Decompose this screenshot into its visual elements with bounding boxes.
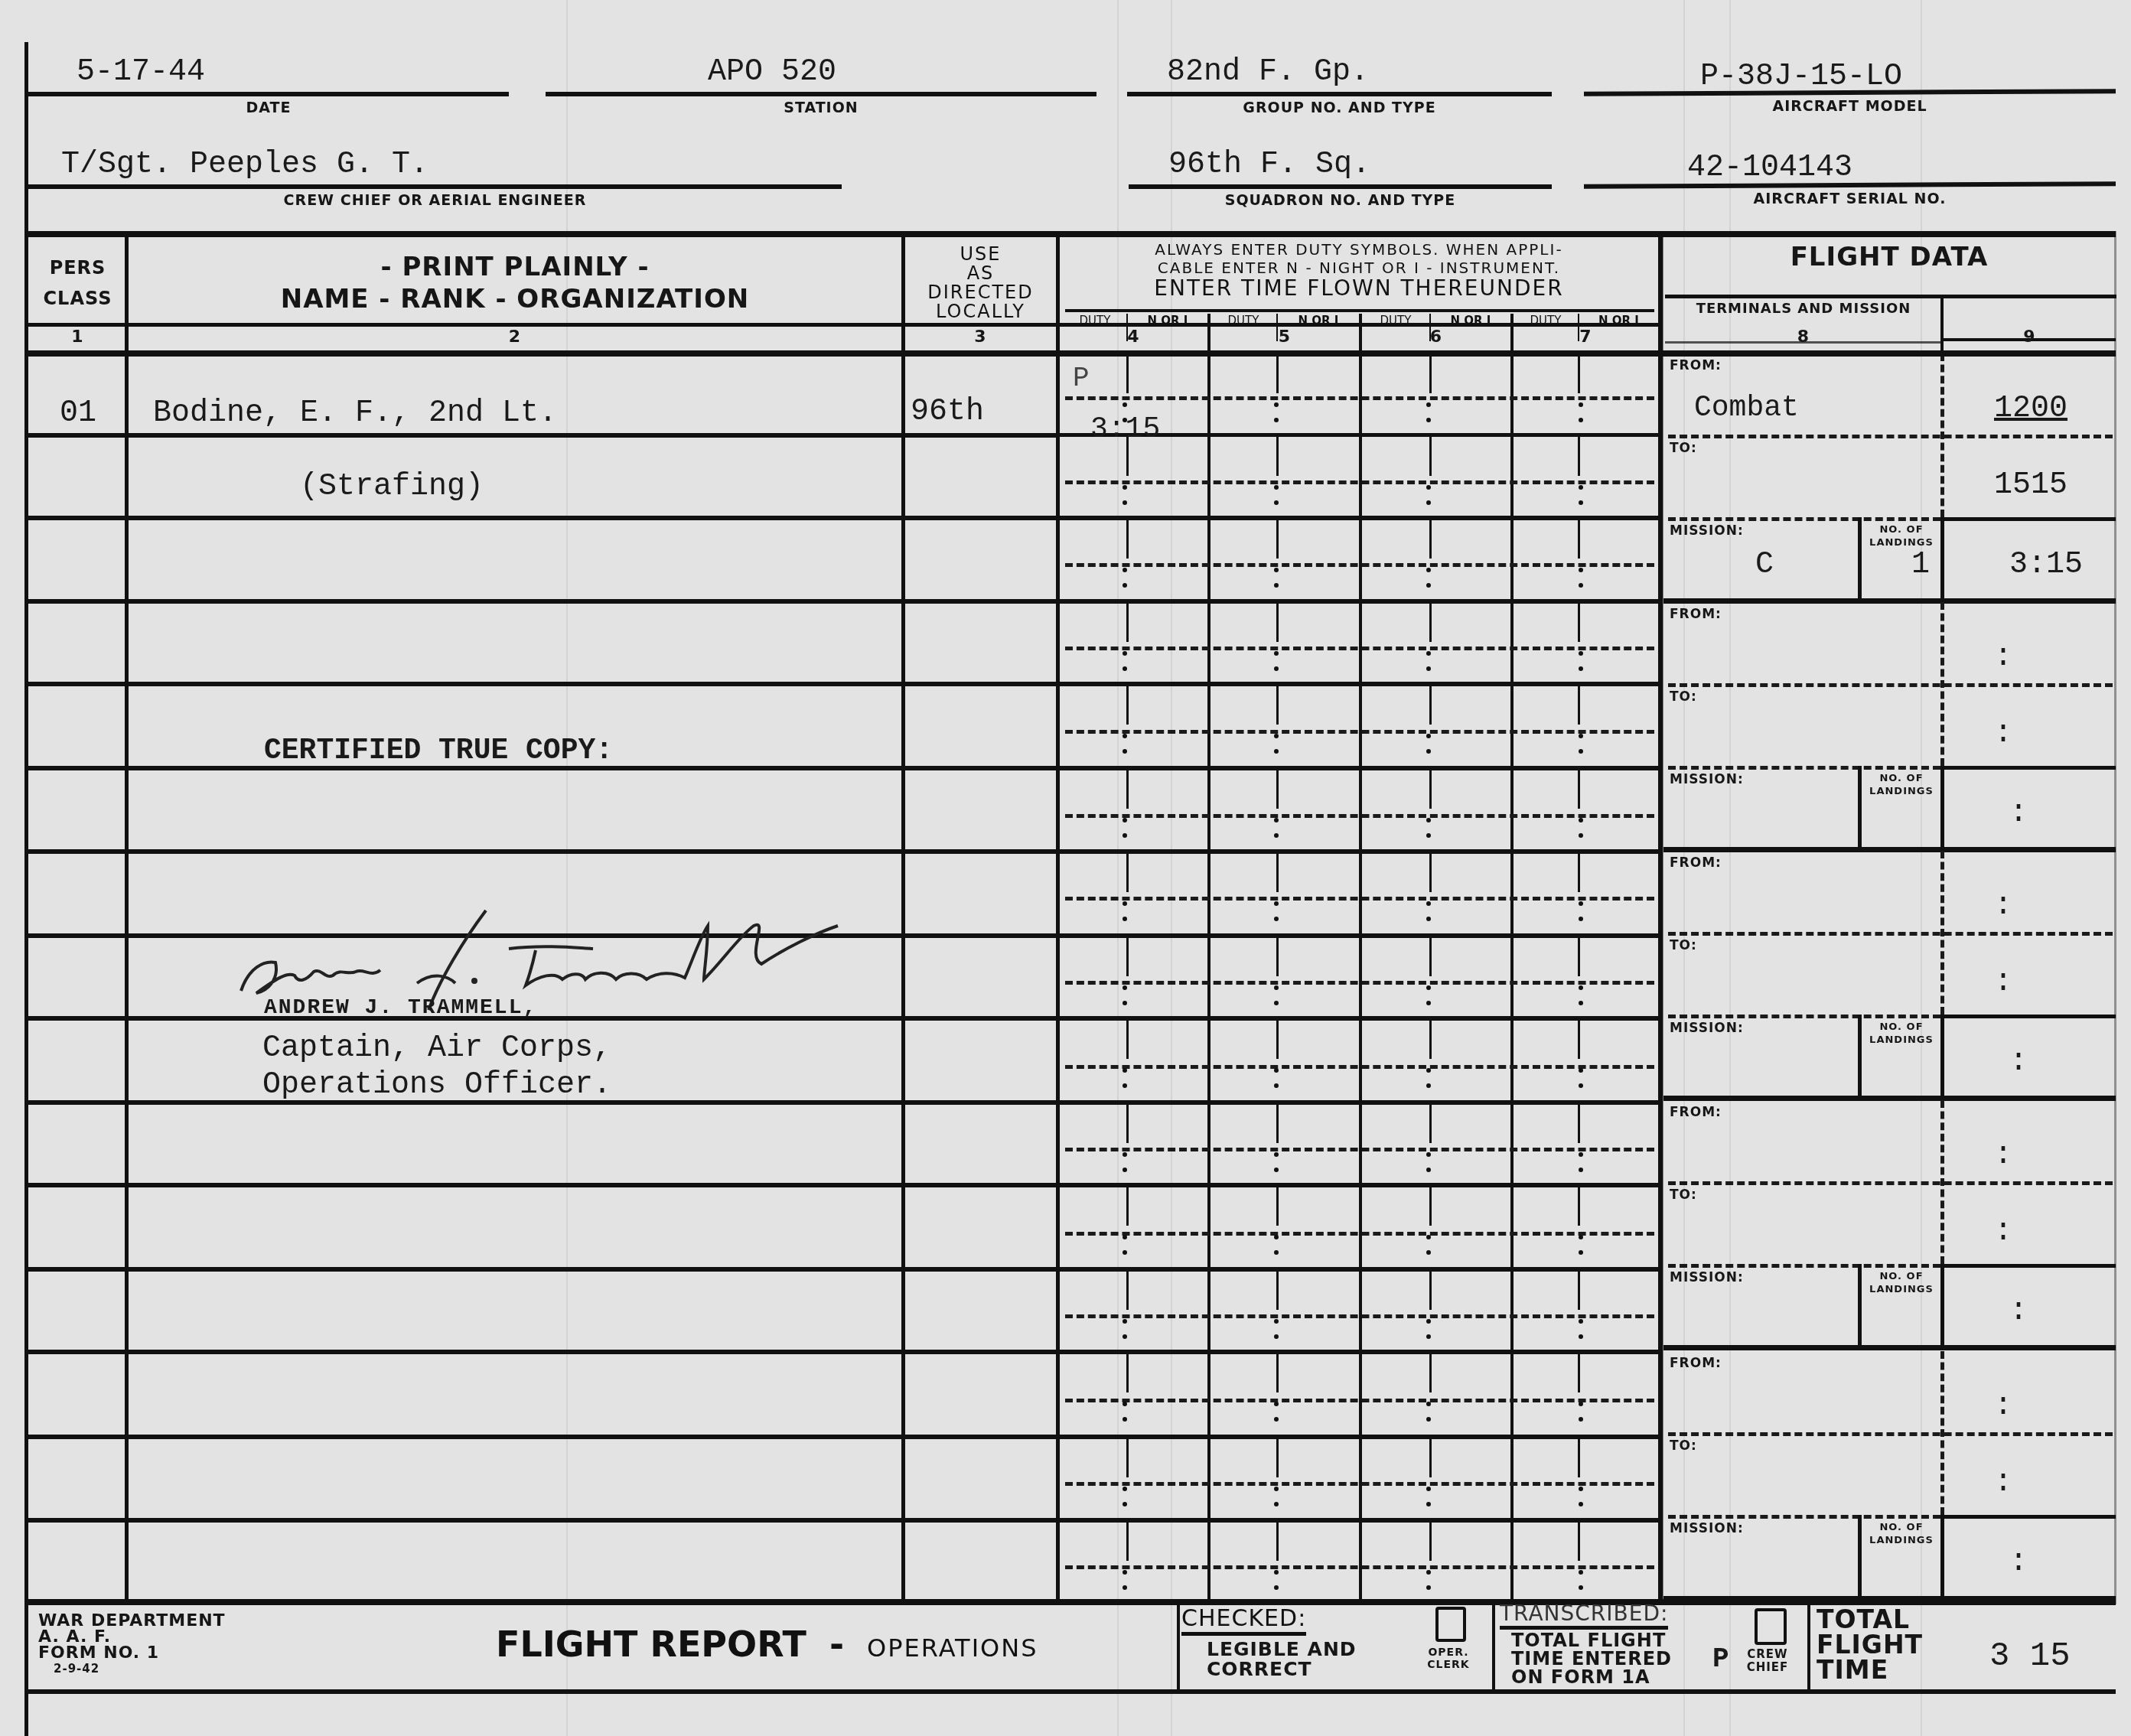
date-label: DATE [28,99,509,116]
to-mission-dash-line [1668,766,1940,770]
time-colon [1123,1570,1127,1593]
issuer-line: 2-9-42 [38,1661,226,1677]
name-label-line2: NAME - RANK - ORGANIZATION [129,283,901,315]
name-label-line1: - PRINT PLAINLY - [129,251,901,283]
duty-instructions-underline [1065,309,1654,312]
duty-time-value: 3:15 [1090,413,1160,446]
officer-rank: Captain, Air Corps, [262,1031,611,1066]
time-colon [1274,1152,1279,1175]
mission-label: MISSION: [1670,1521,1744,1536]
time-colon [1274,1487,1279,1510]
squadron-underline [1129,184,1552,189]
crew-chief-initial: P [1712,1643,1729,1675]
issuer-line: A. A. F. [38,1629,226,1645]
duty-sub-tick [1578,1353,1580,1392]
table-top-border [28,231,2116,237]
form-subtitle: OPERATIONS [867,1633,1038,1663]
time-colon [1123,485,1127,508]
total-label-line: TOTAL [1817,1607,1923,1632]
time-colon [1579,1152,1583,1175]
landings-label: NO. OF LANDINGS [1862,523,1940,549]
time-divider [1940,766,1944,848]
time-colon [1579,402,1583,425]
transcribed-text-line: TIME ENTERED [1511,1650,1672,1668]
duty-sub-tick [1429,1103,1432,1143]
time-block-line [1940,1015,2116,1018]
duty-sub-tick [1578,519,1580,559]
block-time-value: : [2009,1045,2028,1080]
time-colon [1426,568,1431,591]
time-colon [1274,901,1279,924]
flight-data-top [1663,350,2116,357]
certified-true-copy: CERTIFIED TRUE COPY: [264,734,613,767]
col-number-7: 7 [1514,327,1658,347]
duty-sub-tick [1126,1521,1129,1561]
duty-sub-tick [1126,602,1129,642]
block-time-value: : [2009,1545,2028,1580]
duty-sub-tick [1578,1103,1580,1143]
duty-dash-line [1065,563,1654,567]
from-to-dash-line [1668,683,2113,687]
duty-sub-tick [1126,1103,1129,1143]
terminals-time-dash-divider [1940,1100,1944,1264]
departure-time: : [1994,1389,2012,1424]
duty-instructions: ALWAYS ENTER DUTY SYMBOLS. WHEN APPLI- C… [1060,240,1658,300]
name-header: - PRINT PLAINLY - NAME - RANK - ORGANIZA… [129,251,901,315]
oper-label: OPER. [1422,1646,1475,1659]
crew-chief-value: T/Sgt. Peeples G. T. [61,148,428,182]
from-to-dash-line [1668,1432,2113,1436]
time-block-line [1940,766,2116,770]
duty-sub-tick [1429,1019,1432,1059]
landings-divider [1858,517,1862,600]
duty-sub-tick [1429,1521,1432,1561]
chief-label: CHIEF [1738,1661,1797,1674]
aircraft-serial-label: AIRCRAFT SERIAL NO. [1584,191,2116,207]
duty-sub-tick [1126,519,1129,559]
time-colon [1426,1487,1431,1510]
checked-left-border [1177,1602,1180,1689]
crew-chief-role: CREW CHIEF [1738,1648,1797,1674]
terminals-mission-header: TERMINALS AND MISSION [1667,301,1940,317]
time-colon [1123,1319,1127,1342]
departure-time: : [1994,889,2012,923]
time-block-line [1940,1515,2116,1519]
col7-divider-double [1661,234,1663,1601]
crew-chief-label: CREW CHIEF OR AERIAL ENGINEER [28,192,842,209]
departure-time: 1200 [1994,392,2067,426]
duty-sub-tick [1578,852,1580,892]
time-colon [1274,985,1279,1008]
row-line [28,682,1658,686]
time-colon [1426,901,1431,924]
time-colon [1274,402,1279,425]
flight-block-bottom [1663,1345,2116,1350]
duty-sub-tick [1276,1270,1279,1310]
duty-sub-tick [1276,936,1279,976]
time-colon [1426,402,1431,425]
mission-label: MISSION: [1670,772,1744,787]
local-use-header: USE AS DIRECTED LOCALLY [905,245,1056,321]
to-mission-dash-line [1668,1015,1940,1018]
typed-officer-name: ANDREW J. TRAMMELL, [264,996,537,1020]
duty-dash-line [1065,730,1654,734]
time-colon [1579,1235,1583,1258]
row-line [28,516,1658,520]
duty-sub-tick [1276,1353,1279,1392]
departure-time: : [1994,640,2012,675]
oper-clerk-label: OPER. CLERK [1422,1646,1475,1671]
duty-dash-line [1065,814,1654,818]
total-label-line: TIME [1817,1657,1923,1682]
time-colon [1579,1319,1583,1342]
oper-clerk-checkbox[interactable] [1435,1607,1466,1642]
duty-sub-tick [1429,353,1432,393]
duty-sub-tick [1578,769,1580,809]
terminals-time-dash-divider [1940,353,1944,517]
duty-sub-tick [1126,936,1129,976]
table-right-edge [2114,231,2116,1604]
duty-instruction-line: ALWAYS ENTER DUTY SYMBOLS. WHEN APPLI- [1060,240,1658,259]
station-label: STATION [546,99,1096,116]
time-colon [1123,568,1127,591]
duty-group-divider [1207,314,1210,1601]
landings-divider [1858,1515,1862,1598]
time-colon [1274,1570,1279,1593]
n-or-i-sublabel: N OR I [1431,314,1510,327]
time-colon [1274,734,1279,757]
group-underline [1127,92,1552,96]
duty-dash-line [1065,1482,1654,1486]
duty-sub-tick [1276,519,1279,559]
col-number-4: 4 [1060,327,1207,347]
to-mission-dash-line [1668,1515,1940,1519]
time-colon [1426,1570,1431,1593]
time-colon [1426,985,1431,1008]
time-colon [1426,1152,1431,1175]
transcribed-text-line: ON FORM 1A [1511,1668,1672,1686]
time-colon [1426,651,1431,674]
col-number-2: 2 [129,327,901,347]
time-colon [1123,818,1127,841]
mission-label: MISSION: [1670,1270,1744,1285]
duty-sub-tick [1126,1019,1129,1059]
time-colon [1579,651,1583,674]
duty-group-divider [1510,314,1514,1601]
transcribed-text: TOTAL FLIGHT TIME ENTERED ON FORM 1A [1511,1631,1672,1686]
to-label: TO: [1670,441,1697,456]
local-label-line: LOCALLY [905,302,1056,321]
duty-dash-line [1065,981,1654,985]
duty-sub-tick [1578,1186,1580,1226]
date-value: 5-17-44 [77,55,205,90]
to-label: TO: [1670,1187,1697,1203]
block-time-value: 3:15 [2009,548,2083,582]
duty-sub-tick [1126,353,1129,393]
from-value: Combat [1694,392,1799,425]
group-label: GROUP NO. AND TYPE [1127,99,1552,116]
row-line [28,1435,1658,1439]
col-number-6: 6 [1362,327,1510,347]
aircraft-model-underline [1584,89,2116,96]
time-colon [1579,1068,1583,1091]
flight-block-bottom [1663,1096,2116,1101]
to-label: TO: [1670,689,1697,705]
duty-sublabel: DUTY [1514,314,1578,327]
duty-sub-tick [1578,1270,1580,1310]
time-colon [1274,485,1279,508]
duty-sub-tick [1578,1521,1580,1561]
crew-chief-checkbox[interactable] [1755,1608,1787,1645]
issuer-line: FORM NO. 1 [38,1645,226,1661]
officer-title: Operations Officer. [262,1068,611,1103]
duty-sub-tick [1276,1186,1279,1226]
duty-dash-line [1065,897,1654,901]
flight-block-bottom [1663,598,2116,604]
from-label: FROM: [1670,1105,1722,1120]
duty-sub-tick [1578,936,1580,976]
transcribed-text-line: TOTAL FLIGHT [1511,1631,1672,1650]
duty-sub-tick [1276,1438,1279,1477]
duty-sub-tick [1276,1103,1279,1143]
time-colon [1426,1068,1431,1091]
duty-dash-line [1065,480,1654,484]
flight-data-header: FLIGHT DATA [1663,242,2116,272]
duty-instruction-line: CABLE ENTER N - NIGHT OR I - INSTRUMENT. [1060,259,1658,277]
form-issuer: WAR DEPARTMENT A. A. F. FORM NO. 1 2-9-4… [38,1613,226,1677]
duty-sub-tick [1429,769,1432,809]
duty-sub-tick [1429,602,1432,642]
time-colon [1579,1402,1583,1425]
landings-label: NO. OF LANDINGS [1862,1521,1940,1547]
time-colon [1123,1152,1127,1175]
checked-text-line: CORRECT [1207,1659,1357,1679]
landings-label: NO. OF LANDINGS [1862,772,1940,798]
time-colon [1426,734,1431,757]
duty-symbol-value: P [1073,363,1090,394]
time-colon [1579,985,1583,1008]
duty-dash-line [1065,1148,1654,1151]
block-time-value: : [2009,796,2028,831]
mission-note: (Strafing) [300,470,484,504]
landings-value: 1 [1911,548,1930,582]
duty-sub-tick [1276,852,1279,892]
duty-sub-tick [1276,769,1279,809]
col-number-8: 8 [1667,327,1940,347]
landings-divider [1858,766,1862,848]
time-colon [1579,485,1583,508]
aircraft-model-value: P-38J-15-LO [1700,60,1902,94]
col3-divider [1056,234,1060,1601]
duty-sublabel: DUTY [1064,314,1126,327]
time-block-line [1940,1264,2116,1268]
duty-sub-tick [1126,1438,1129,1477]
duty-sub-tick [1126,1270,1129,1310]
duty-sub-tick [1276,602,1279,642]
duty-sub-tick [1429,519,1432,559]
duty-sub-tick [1578,353,1580,393]
row-line [28,433,1057,438]
flight-data-underline [1665,295,2116,298]
from-to-dash-line [1668,932,2113,936]
time-colon [1426,1402,1431,1425]
time-divider [1940,517,1944,600]
time-colon [1274,568,1279,591]
duty-dash-line [1065,1065,1654,1069]
duty-sub-tick [1126,852,1129,892]
pers-class-label-line2: CLASS [31,283,125,314]
from-label: FROM: [1670,1356,1722,1371]
arrival-time: 1515 [1994,468,2067,503]
row-line [28,849,1658,854]
duty-sub-tick [1578,602,1580,642]
station-value: APO 520 [708,55,836,90]
flight-block-bottom [1663,847,2116,852]
duty-dash-line [1065,1565,1654,1569]
aircraft-serial-value: 42-104143 [1687,151,1852,185]
time-colon [1274,818,1279,841]
row-line [28,599,1658,604]
n-or-i-sublabel: N OR I [1579,314,1658,327]
checked-text-line: LEGIBLE AND [1207,1640,1357,1659]
duty-sublabel: DUTY [1362,314,1429,327]
time-colon [1579,1570,1583,1593]
row-line [28,1267,1658,1272]
squadron-label: SQUADRON NO. AND TYPE [1129,192,1552,209]
landings-label: NO. OF LANDINGS [1862,1270,1940,1296]
time-colon [1274,1068,1279,1091]
duty-dash-line [1065,647,1654,650]
col2-divider [901,234,905,1601]
time-colon [1426,485,1431,508]
local-label-line: AS [905,264,1056,283]
to-mission-dash-line [1668,1264,1940,1268]
landings-divider [1858,1264,1862,1347]
time-colon [1426,1235,1431,1258]
time-divider [1940,1264,1944,1347]
aircraft-serial-underline [1584,181,2116,189]
duty-group-divider [1359,314,1362,1601]
time-colon [1579,901,1583,924]
form-title-separator: - [819,1624,855,1665]
mission-label: MISSION: [1670,1021,1744,1036]
crew-chief-underline [28,184,842,189]
time-colon [1426,818,1431,841]
time-colon [1123,901,1127,924]
time-colon [1274,1319,1279,1342]
checked-text: LEGIBLE AND CORRECT [1207,1640,1357,1679]
duty-sub-tick [1578,436,1580,476]
duty-sub-tick [1429,852,1432,892]
terminals-time-dash-divider [1940,1351,1944,1515]
time-colon [1274,1235,1279,1258]
duty-dash-line [1065,1232,1654,1236]
duty-sub-tick [1429,1270,1432,1310]
duty-sub-tick [1276,353,1279,393]
terminals-time-dash-divider [1940,851,1944,1015]
duty-sub-tick [1276,1019,1279,1059]
col-number-3: 3 [905,327,1056,347]
arrival-time: : [1994,966,2012,1000]
time-colon [1274,651,1279,674]
duty-dash-line [1065,396,1654,400]
time-colon [1579,1487,1583,1510]
footer-bottom-border [28,1689,2116,1694]
time-colon [1123,1068,1127,1091]
block-time-value: : [2009,1295,2028,1329]
duty-sub-tick [1429,1438,1432,1477]
crew-label: CREW [1738,1648,1797,1661]
mission-value: C [1755,548,1774,582]
time-colon [1426,1319,1431,1342]
time-colon [1123,1235,1127,1258]
duty-sub-tick [1429,1353,1432,1392]
local-label-line: USE [905,245,1056,264]
time-colon [1123,1487,1127,1510]
duty-sub-tick [1126,1186,1129,1226]
landings-divider [1858,1015,1862,1097]
to-mission-dash-line [1668,517,1940,521]
duty-sub-tick [1126,769,1129,809]
row-line [28,1518,1658,1523]
duty-sub-tick [1429,936,1432,976]
duty-dash-line [1065,1399,1654,1402]
total-label-line: FLIGHT [1817,1632,1923,1657]
from-to-dash-line [1668,435,2113,438]
from-label: FROM: [1670,358,1722,373]
form-title-text: FLIGHT REPORT [496,1624,806,1665]
duty-sub-tick [1126,1353,1129,1392]
to-label: TO: [1670,938,1697,953]
time-divider [1940,1515,1944,1598]
col1-divider [125,234,129,1601]
duty-sublabel: DUTY [1210,314,1276,327]
time-block-line [1940,517,2116,521]
aircraft-model-label: AIRCRAFT MODEL [1584,98,2116,115]
flight-block-bottom [1663,1596,2116,1601]
total-time-left-border [1807,1602,1810,1689]
col-number-9: 9 [1944,327,2116,347]
time-colon [1579,568,1583,591]
name-rank-value: Bodine, E. F., 2nd Lt. [153,396,557,431]
pers-class-value: 01 [60,396,96,431]
time-colon [1579,818,1583,841]
duty-sub-tick [1578,685,1580,725]
arrival-time: : [1994,1466,2012,1500]
landings-label: NO. OF LANDINGS [1862,1021,1940,1047]
duty-sub-tick [1429,1186,1432,1226]
mission-label: MISSION: [1670,523,1744,539]
n-or-i-sublabel: N OR I [1278,314,1359,327]
from-label: FROM: [1670,607,1722,622]
time-divider [1940,1015,1944,1097]
date-underline [28,92,509,96]
local-label-line: DIRECTED [905,283,1056,302]
duty-sub-tick [1578,1438,1580,1477]
checked-label: CHECKED: [1181,1605,1306,1636]
arrival-time: : [1994,717,2012,751]
time-colon [1274,1402,1279,1425]
row-line [28,1350,1658,1354]
issuer-line: WAR DEPARTMENT [38,1613,226,1629]
duty-sub-tick [1578,1019,1580,1059]
departure-time: : [1994,1138,2012,1173]
time-colon [1123,734,1127,757]
transcribed-label: TRANSCRIBED: [1500,1601,1668,1630]
terminals-time-dash-divider [1940,602,1944,766]
form-left-border [24,42,28,1736]
duty-sub-tick [1429,436,1432,476]
